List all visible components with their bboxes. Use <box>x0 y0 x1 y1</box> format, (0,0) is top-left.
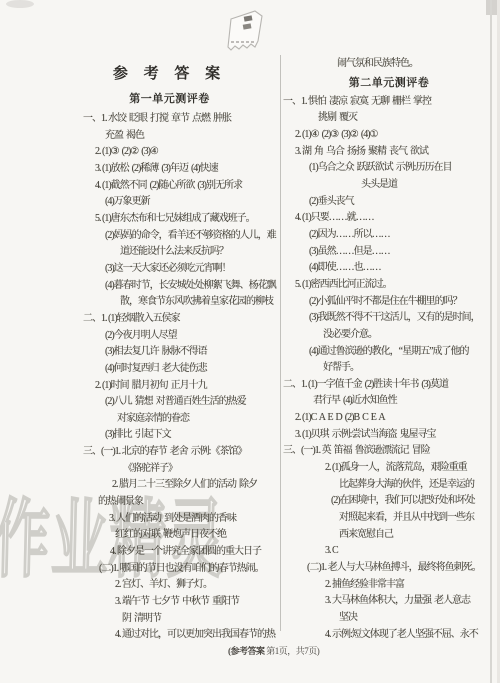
answer-line: 2. (1)③ (2)② (3)④ <box>83 144 279 161</box>
answer-line: (3)我既然不得不干这活儿，又有的是时间， <box>283 310 495 327</box>
answer-line: 三、(一)1. 英 笛福 鲁滨逊漂流记 冒险 <box>283 443 495 460</box>
answer-line: 对家庭亲情的眷恋 <box>83 411 279 428</box>
footer-label: (参考答案 <box>228 646 265 656</box>
answer-line: 4. 示例:短文体现了老人坚强不屈、永不 <box>283 627 495 644</box>
answer-line: (4)通过鲁滨逊的教化，“星期五”成了他的 <box>283 344 495 361</box>
answer-line: 2. (1)④ (2)③ (3)② (4)① <box>283 127 495 144</box>
answer-line: (2)妈妈的命令，看羊还不够资格的人儿，难 <box>83 228 279 245</box>
answer-line: (2)小狐仙平时不都是住在牛棚里的吗？ <box>283 294 495 311</box>
answer-line: 2. (1)孤身一人，流落荒岛，艰险重重 <box>283 460 495 477</box>
answer-line: (1)乌合之众 跃跃欲试 示例:历历在目 <box>283 160 495 177</box>
answer-line: 5. (1)唐东杰布和七兄妹组成了藏戏班子。 <box>83 211 279 228</box>
answer-line: 4. 通过对比，可以更加突出我国春节的热 <box>83 627 279 644</box>
footer-page-info: 第1页，共7页) <box>265 646 320 656</box>
answer-line: 道还能设什么法来反抗吗？ <box>83 244 279 261</box>
answer-line: (4)万象更新 <box>83 194 279 211</box>
answer-line: 好帮手。 <box>283 360 495 377</box>
ink-stamp-icon <box>220 8 268 58</box>
answer-line: 4. (1)截然不同 (2)随心所欲 (3)别无所求 <box>83 178 279 195</box>
answer-line: 3. 端午节 七夕节 中秋节 重阳节 <box>83 594 279 611</box>
answer-line: 阴 清明节 <box>83 611 279 628</box>
answer-line: 头头是道 <box>283 177 495 194</box>
answer-line: (3)这一天大家还必须吃元宵啊！ <box>83 261 279 278</box>
answer-line: (3)虽然……但是…… <box>283 244 495 261</box>
answer-line: 《骆驼祥子》 <box>83 461 279 478</box>
unit2-answers: 一、1. 惧怕 凄凉 寂寞 无聊 栅栏 掌控挑剔 覆灭2. (1)④ (2)③ … <box>283 94 495 644</box>
answer-line: 5. (1)密西西比河正流过。 <box>283 277 495 294</box>
answer-line: 红红的对联 鞭炮声日夜不绝 <box>83 527 279 544</box>
answer-line: 3. 大马林鱼体积大，力量强 老人意志 <box>283 593 495 610</box>
right-column: 闹气氛和民族特色。 第二单元测评卷 一、1. 惧怕 凄凉 寂寞 无聊 栅栏 掌控… <box>283 56 495 643</box>
unit1-heading: 第一单元测评卷 <box>60 90 279 106</box>
answer-line: (2)八儿 猜想 对普通百姓生活的热爱 <box>83 394 279 411</box>
answer-line: 二、1. (1)轻烟散入五侯家 <box>83 311 279 328</box>
answer-line: 没必要介意。 <box>283 327 495 344</box>
answer-line: (2)垂头丧气 <box>283 194 495 211</box>
answer-line: 3. (1)贝琪 示例:尝试当海盗 鬼屋寻宝 <box>283 427 495 444</box>
answer-line: 比起葬身大海的伙伴，还是幸运的 <box>283 477 495 494</box>
answer-line: 充盈 褐色 <box>83 128 279 145</box>
answer-line: (4)何时复西归 老大徒伤悲 <box>83 361 279 378</box>
answer-line: 二、1. (1)一字值千金 (2)胜读十年书 (3)莫道 <box>283 377 495 394</box>
answer-line: 坚决 <box>283 610 495 627</box>
answer-line: 2. 腊月二十三至除夕人们的活动 除夕 <box>83 477 279 494</box>
answer-line: (4)即使……也…… <box>283 260 495 277</box>
answer-line: 西来宽慰自己 <box>283 527 495 544</box>
answer-line: (2)在困境中，我们可以把好处和坏处 <box>283 493 495 510</box>
unit2-heading: 第二单元测评卷 <box>283 74 495 90</box>
answer-line: 散，寒食节东风吹拂着皇家花园的柳枝 <box>83 294 279 311</box>
left-column: 参 考 答 案 第一单元测评卷 一、1. 水饺 眨眼 打搅 章节 点燃 肿胀充盈… <box>60 62 279 644</box>
answer-line: (4)暮春时节，长安城处处柳絮飞舞、杨花飘 <box>83 278 279 295</box>
answer-line: 4. 除夕是一个讲究全家团圆的重大日子 <box>83 544 279 561</box>
answer-line: 4. (1)只要……就…… <box>283 210 495 227</box>
answer-line: 2. 捕鱼经验非常丰富 <box>283 577 495 594</box>
answer-line: 的热闹景象 <box>83 494 279 511</box>
answer-line: 君行早 (4)近水知鱼性 <box>283 393 495 410</box>
answer-line: 三、(一)1. 北京的春节 老舍 示例:《茶馆》 <box>83 444 279 461</box>
answer-line: 3. 人们的活动 到处是酒肉的香味 <box>83 511 279 528</box>
answer-line: (3)相去复几许 脉脉不得语 <box>83 344 279 361</box>
scan-smudge-top-left <box>6 0 34 8</box>
page-footer: (参考答案 第1页，共7页) <box>228 644 319 657</box>
answer-line: 一、1. 惧怕 凄凉 寂寞 无聊 栅栏 掌控 <box>283 94 495 111</box>
answer-line: 2. (1)C A E D (2)B C E A <box>283 410 495 427</box>
answer-line: 对照起来看，并且从中找到一些东 <box>283 510 495 527</box>
column-divider <box>280 55 281 631</box>
answer-line: (二)1. 老人与大马林鱼搏斗，最终将鱼刺死。 <box>283 560 495 577</box>
carryover-line: 闹气氛和民族特色。 <box>283 56 495 73</box>
answer-line: (2)今夜月明人尽望 <box>83 328 279 345</box>
answer-line: 3. C <box>283 543 495 560</box>
answer-line: 3. (1)放松 (2)稀薄 (3)年迈 (4)快速 <box>83 161 279 178</box>
answer-line: 2. (1)时间 腊月初旬 正月十九 <box>83 378 279 395</box>
answer-line: (二)1. 哪国的节日也没有咱们的春节热闹。 <box>83 561 279 578</box>
answer-key-page: 作业精灵 参 考 答 案 第一单元测评卷 一、1. 水饺 眨眼 打搅 章节 点燃… <box>0 0 500 683</box>
answer-line: 挑剔 覆灭 <box>283 110 495 127</box>
answer-line: 2. 宫灯、羊灯、狮子灯。 <box>83 577 279 594</box>
unit1-answers: 一、1. 水饺 眨眼 打搅 章节 点燃 肿胀充盈 褐色2. (1)③ (2)② … <box>83 111 279 644</box>
answer-line: (2)因为……所以…… <box>283 227 495 244</box>
answer-line: 一、1. 水饺 眨眼 打搅 章节 点燃 肿胀 <box>83 111 279 128</box>
answer-line: (3)排比 引起下文 <box>83 427 279 444</box>
answer-line: 3. 湖 角 乌合 扬扬 聚精 丧气 欲试 <box>283 144 495 161</box>
page-title: 参 考 答 案 <box>60 62 279 83</box>
